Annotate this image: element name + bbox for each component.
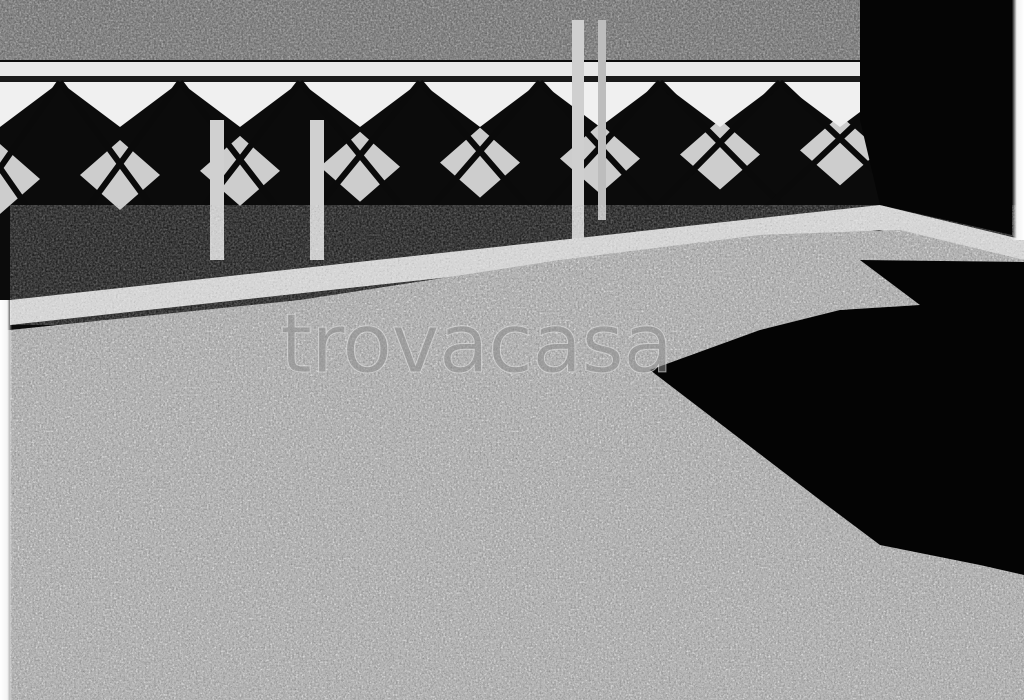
bridge-photo-scene <box>0 0 1024 700</box>
left-border-strip <box>0 300 12 700</box>
listing-photo: trovacasa <box>0 0 1024 700</box>
right-border-strip <box>1012 0 1024 240</box>
